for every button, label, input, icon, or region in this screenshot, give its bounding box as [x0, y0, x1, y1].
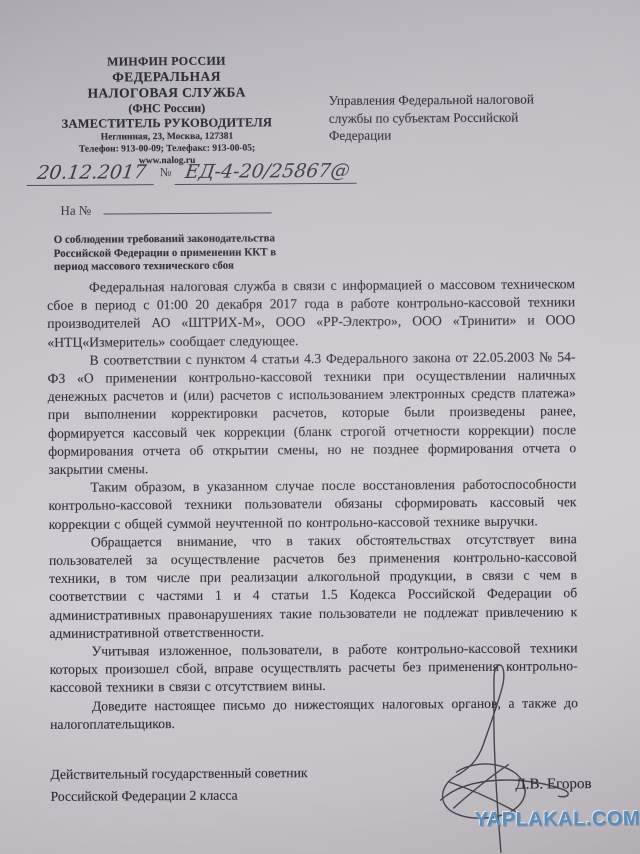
reference-row: 20.12.2017№ЕД-4-20/25867@ [28, 160, 359, 186]
reply-number-blank [103, 199, 271, 214]
letterhead-service: НАЛОГОВАЯ СЛУЖБА [26, 84, 308, 102]
signer-position-line1: Действительный государственный советник [50, 762, 307, 785]
handwritten-outgoing-number: ЕД-4-20/25867@ [175, 160, 360, 185]
letterhead-federal: ФЕДЕРАЛЬНАЯ [26, 68, 308, 86]
number-sign: № [160, 165, 172, 180]
letterhead: МИНФИН РОССИИ ФЕДЕРАЛЬНАЯ НАЛОГОВАЯ СЛУЖ… [25, 53, 308, 168]
reply-label: На № [60, 203, 91, 218]
letter-sheet: МИНФИН РОССИИ ФЕДЕРАЛЬНАЯ НАЛОГОВАЯ СЛУЖ… [0, 0, 640, 854]
letterhead-deputy-title: ЗАМЕСТИТЕЛЬ РУКОВОДИТЕЛЯ [26, 115, 308, 132]
signer-position-line2: Российской Федерации 2 класса [50, 784, 307, 807]
signer-name: Д.В. Егоров [515, 776, 591, 794]
paragraph: Федеральная налоговая служба в связи с и… [47, 275, 575, 351]
paragraph: Учитывая изложенное, пользователи, в раб… [50, 639, 578, 697]
paragraph: В соответствии с пунктом 4 статьи 4.3 Фе… [47, 348, 576, 479]
paragraph: Доведите настоящее письмо до нижестоящих… [50, 694, 578, 734]
paragraph: Таким образом, в указанном случае после … [48, 475, 576, 533]
signer-position: Действительный государственный советник … [50, 762, 307, 807]
reply-reference-row: На № [60, 199, 271, 218]
handwritten-date: 20.12.2017 [27, 161, 157, 186]
subject-block: О соблюдении требований законодательства… [54, 232, 286, 274]
addressee-block: Управления Федеральной налоговой службы … [329, 90, 554, 144]
letter-body: Федеральная налоговая служба в связи с и… [47, 275, 578, 734]
document-photo: МИНФИН РОССИИ ФЕДЕРАЛЬНАЯ НАЛОГОВАЯ СЛУЖ… [0, 0, 640, 854]
paragraph: Обращается внимание, что в таких обстоят… [49, 530, 578, 643]
watermark: YAPLAKAL.COM [475, 808, 640, 832]
